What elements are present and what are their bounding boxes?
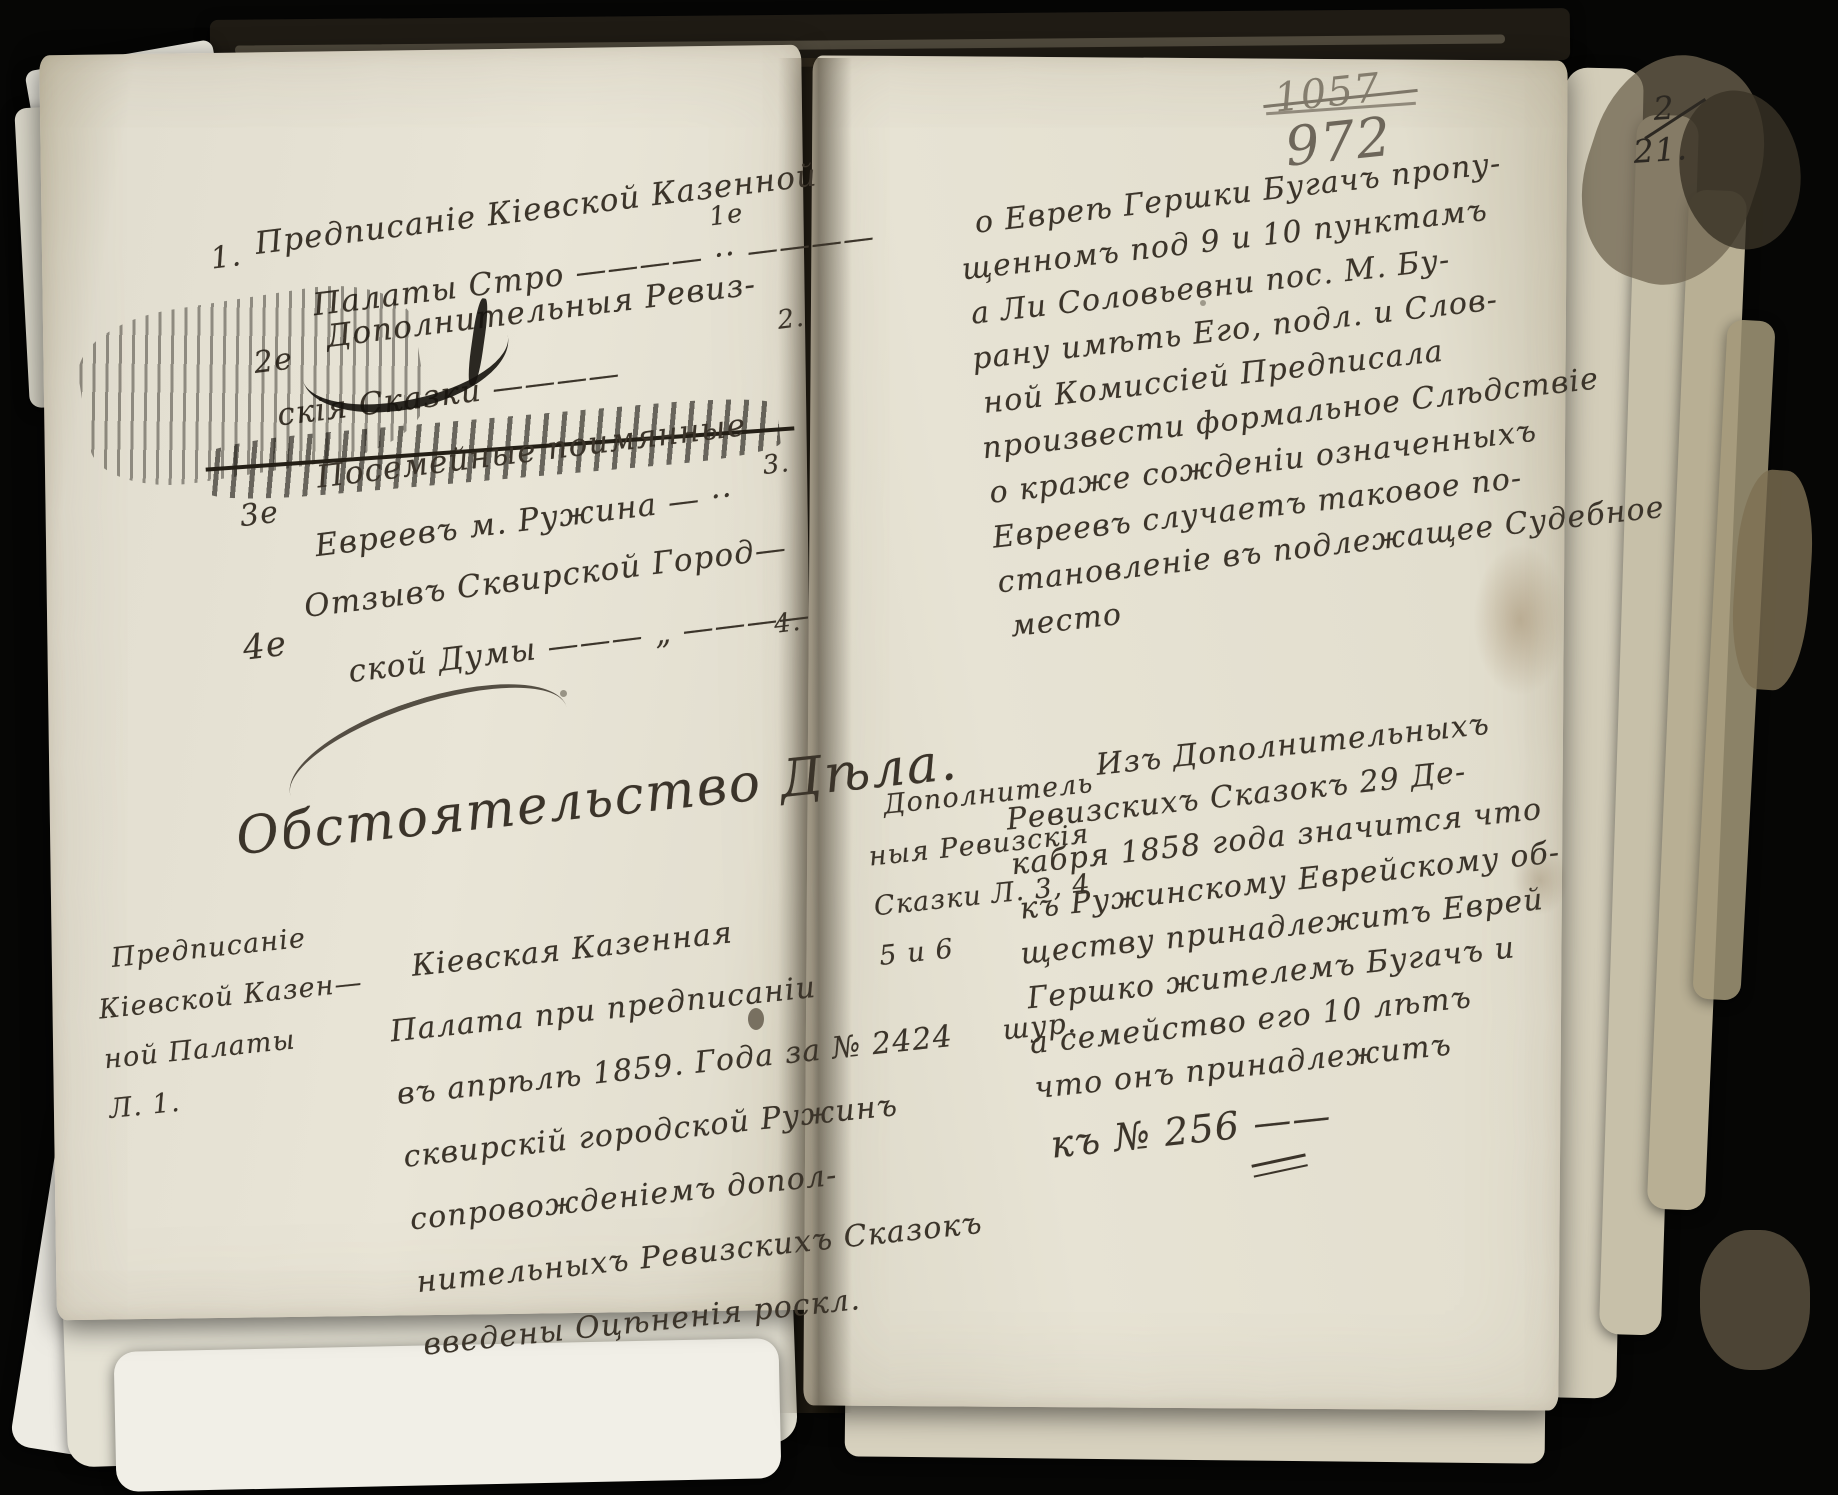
index-item-number: 4е xyxy=(241,624,290,669)
double-underline-mark xyxy=(1251,1153,1308,1177)
index-item-number: 3е xyxy=(238,495,281,535)
left-body-paragraph: Кіевская Казенная Палата при предписаніи… xyxy=(382,904,885,1390)
index-item-ref: 2. xyxy=(776,303,807,336)
paper-stain-right-lower xyxy=(1700,1230,1810,1370)
folio-number-bottom: 21. xyxy=(1632,129,1689,171)
manuscript-line: Палата при предписаніи xyxy=(389,970,818,1050)
margin-note-line: 5 и 6 xyxy=(878,933,956,972)
manuscript-line: сопровожденіемъ допол- xyxy=(408,1158,839,1238)
index-item-number: 1. xyxy=(209,238,244,277)
manuscript-line: введены Оцѣненія роскл. xyxy=(422,1282,863,1363)
margin-note-line: ной Палаты xyxy=(102,1024,297,1075)
manuscript-photo: 1057 972 2 21. 1. Предписаніе Кіевской К… xyxy=(0,0,1838,1495)
right-paragraph-1: о Евреѣ Гершки Бугачъ пропу- щенномъ под… xyxy=(955,137,1634,675)
margin-note-left: Предписаніе Кіевской Казен— ной Палаты Л… xyxy=(92,913,423,1164)
index-item-ref: 1е xyxy=(708,198,746,232)
right-paragraph-2: Изъ Дополнительныхъ Ревизскихъ Сказокъ 2… xyxy=(1000,694,1656,1225)
index-item-ref: 3. xyxy=(761,448,792,481)
index-item-ref: 4. xyxy=(772,607,803,640)
manuscript-line: место xyxy=(1009,597,1124,644)
margin-note-line: Л. 1. xyxy=(108,1087,182,1125)
margin-note-line: Кіевской Казен— xyxy=(97,967,364,1026)
